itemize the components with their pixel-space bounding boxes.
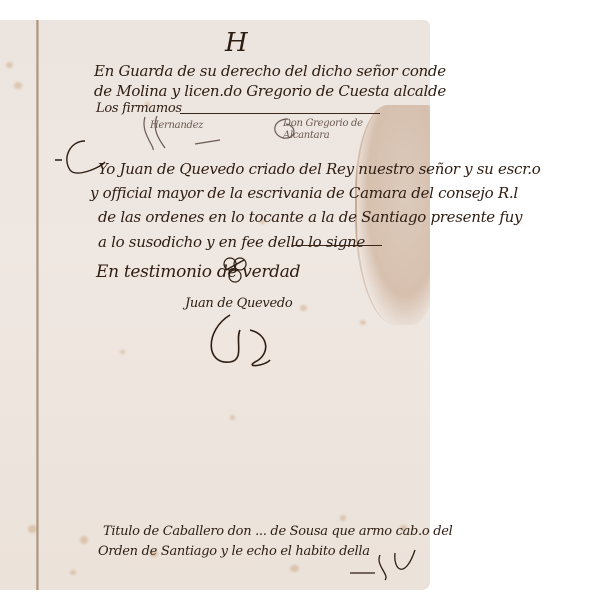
- foxing-spot: [70, 570, 76, 575]
- foxing-spot: [28, 525, 37, 533]
- foxing-spot: [120, 350, 125, 354]
- underline-rule: [292, 245, 382, 246]
- testimony-line: En testimonio de verdad: [96, 262, 300, 282]
- foxing-spot: [14, 82, 22, 89]
- main-line-2: y official mayor de la escrivania de Cam…: [90, 184, 518, 202]
- bottom-note-line-1: Titulo de Caballero don ... de Sousa que…: [103, 524, 453, 539]
- foxing-spot: [230, 415, 235, 420]
- bottom-note-line-2: Orden de Santiago y le echo el habito de…: [98, 544, 370, 559]
- foxing-spot: [290, 565, 299, 572]
- main-line-4: a lo susodicho y en fee dello lo signe: [98, 233, 365, 251]
- foxing-spot: [300, 305, 307, 311]
- header-mark: H: [225, 28, 248, 58]
- main-line-3: de las ordenes en lo tocante a la de San…: [98, 208, 522, 226]
- signature-flourish-icon: [268, 114, 308, 144]
- foxing-spot: [6, 62, 13, 68]
- notary-signature: Juan de Quevedo: [185, 296, 292, 311]
- signature-flourish-icon: [135, 112, 225, 152]
- bottom-rubric-icon: [345, 545, 425, 585]
- foxing-spot: [340, 515, 346, 521]
- main-line-1: Yo Juan de Quevedo criado del Rey nuestr…: [98, 160, 541, 178]
- page-fold: [36, 20, 39, 590]
- foxing-spot: [80, 536, 88, 544]
- foxing-spot: [360, 320, 366, 325]
- rubric-flourish-icon: [200, 310, 290, 370]
- note-line-1: En Guarda de su derecho del dicho señor …: [94, 62, 446, 80]
- note-line-2: de Molina y licen.do Gregorio de Cuesta …: [94, 82, 446, 100]
- notary-sign-icon: [222, 255, 248, 285]
